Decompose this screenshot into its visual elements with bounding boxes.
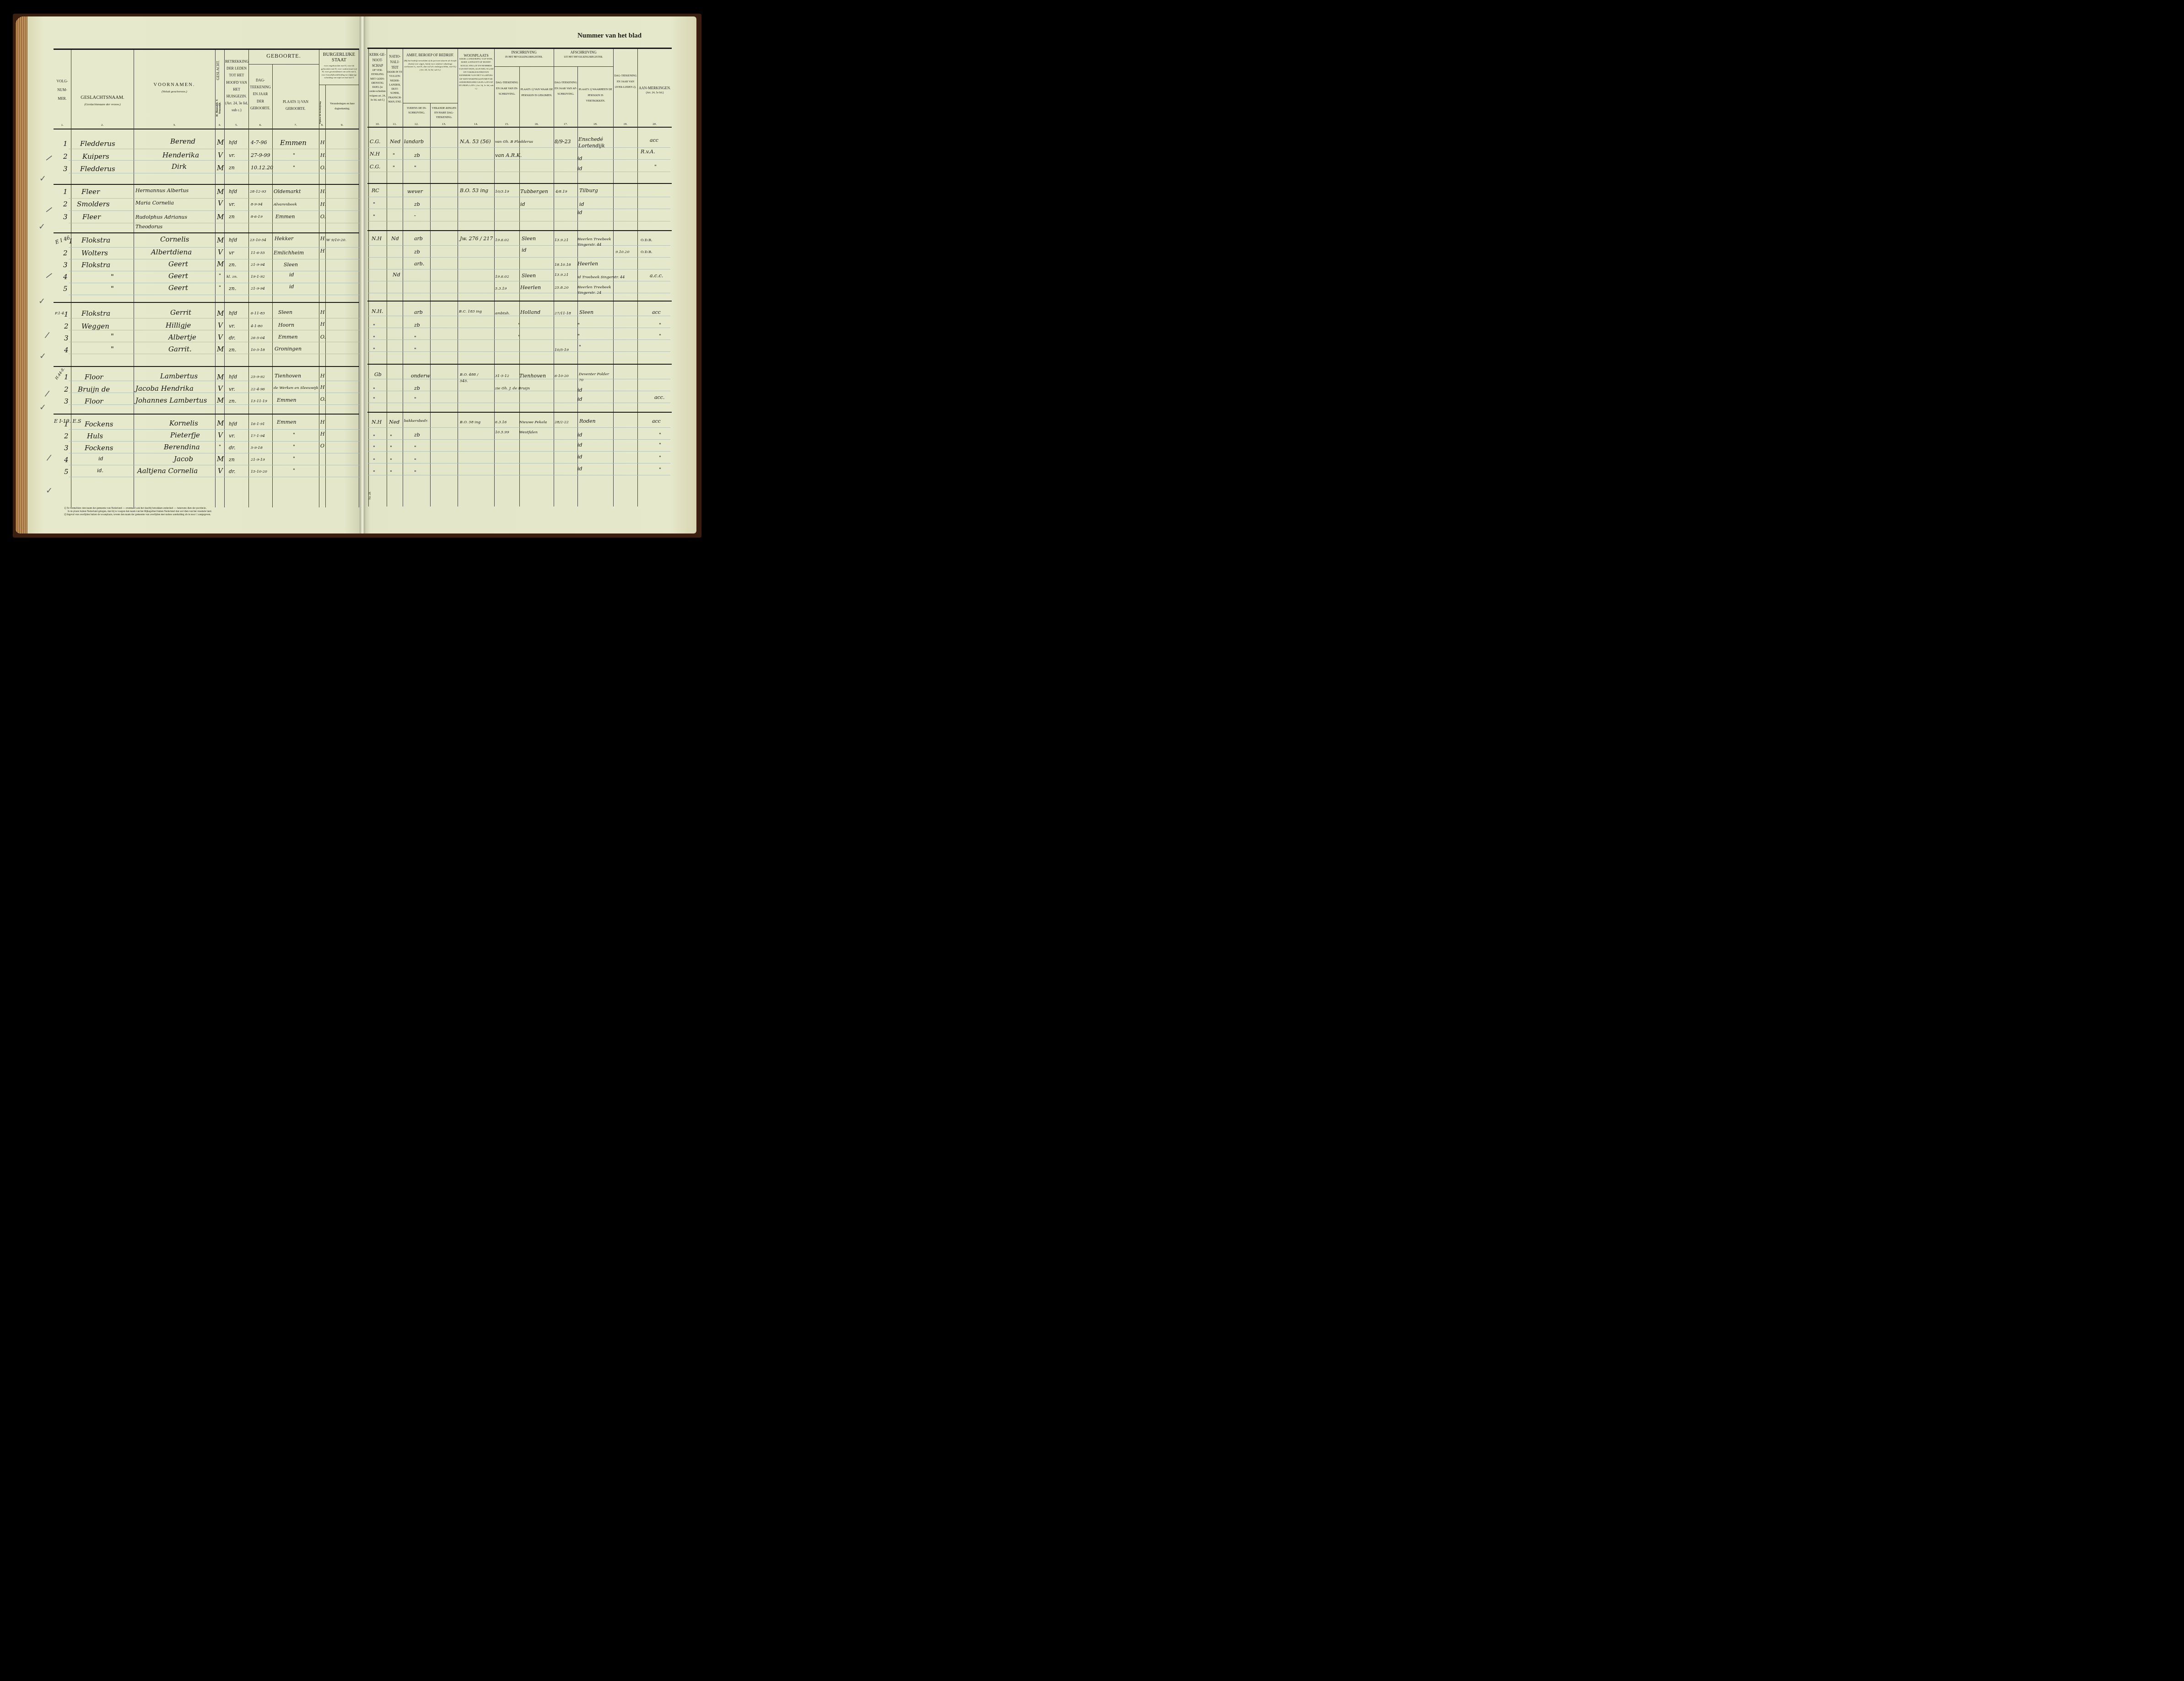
column-number: 8. [319, 123, 325, 127]
sex-cell: " [219, 273, 221, 279]
birthdate-cell: 8-9-94 [251, 202, 263, 206]
header-geslacht-sub: M. Mannelijk. V. Vrouwelijk. [216, 94, 223, 122]
firstname-cell: Geert [168, 272, 188, 280]
firstname-cell: Albertdiena [151, 248, 192, 256]
sex-cell: M [217, 345, 224, 353]
occupation-cell: zb [414, 249, 420, 255]
occupation-cell: zb [414, 385, 420, 391]
column-number: 4. [215, 123, 224, 127]
destination-cell: Heerlen Treebeek Singerstr. 24 [577, 285, 628, 296]
relation-cell: hfd [229, 310, 237, 316]
firstname-cell: Berendina [164, 443, 200, 451]
relation-cell: hfd [229, 374, 237, 380]
birthdate-cell: 21-9-94 [251, 286, 265, 291]
header-geboorte: GEBOORTE. [248, 53, 319, 59]
volg-cell: 3 [64, 397, 69, 405]
surname-cell: Floor [85, 373, 103, 381]
firstname-cell: Cornelis [160, 235, 189, 243]
occupation-cell: wever [407, 189, 423, 194]
civil-status-cell: H [320, 373, 325, 379]
relation-cell: vr. [229, 152, 235, 158]
surname-cell: Fledderus [80, 165, 115, 173]
volg-cell: 1 [63, 140, 68, 148]
firstname-cell: Kornelis [169, 419, 198, 427]
firstname-cell: Jacob [174, 455, 193, 463]
sex-cell: M [217, 455, 224, 463]
surname-cell: Fledderus [80, 140, 115, 148]
birthplace-cell: Emmen [275, 214, 295, 220]
sex-cell: " [219, 444, 221, 450]
col-line [224, 50, 225, 507]
surname-cell: Flokstra [81, 261, 110, 269]
pencil-checkmark-icon: ✓ [38, 222, 45, 232]
destination-cell: " [577, 322, 580, 328]
column-number: 6. [248, 123, 272, 127]
church-cell: " [373, 335, 375, 341]
occupation-cell: zb [414, 152, 420, 158]
destination-cell: Sleen [579, 309, 593, 315]
nationality-cell: Nd [391, 236, 399, 242]
sex-cell: M [217, 188, 224, 196]
destination-cell: Deventer Polder 70 [579, 372, 611, 383]
firstname-cell: Hilligje [166, 321, 191, 329]
destination-cell: Tilburg [579, 188, 598, 194]
remarks-cell: acc [650, 137, 658, 143]
volg-cell: 3 [63, 213, 68, 221]
remarks-cell: a.c.c. [650, 273, 663, 279]
firstname-cell: Hermannus Albertus [135, 188, 189, 194]
relation-cell: zn. [229, 286, 236, 291]
col-line [403, 49, 403, 506]
relation-cell: hfd [229, 237, 237, 243]
surname-cell: Fleer [81, 188, 100, 196]
relation-cell: dr. [229, 335, 236, 341]
destination-cell: id [577, 156, 582, 162]
civil-status-cell: H [320, 309, 325, 315]
surname-cell: Wolters [81, 249, 108, 257]
sex-cell: V [218, 333, 223, 341]
surname-cell: id. [97, 468, 103, 474]
column-number: 3. [134, 123, 215, 127]
destination-cell: " [579, 344, 581, 350]
col-line [637, 49, 638, 506]
column-number: 7. [272, 123, 319, 127]
firstname-cell: Gerrit [170, 308, 191, 317]
surname-cell: Floor [85, 397, 103, 405]
remarks-cell: acc [652, 418, 661, 424]
removal-date-cell: 13.9.21 [555, 273, 569, 277]
church-cell: Gb [374, 372, 382, 377]
relation-cell: zn [229, 457, 235, 463]
col-line [368, 49, 369, 506]
remarks-cell: acc. [654, 394, 664, 400]
birthplace-cell: Oldemarkt [274, 189, 301, 194]
enroll-date-cell: ambtsh. [495, 311, 510, 315]
column-number: 5. [224, 123, 248, 127]
column-number: 12. [403, 122, 430, 126]
surname-cell: Weggen [81, 322, 109, 330]
firstname-cell: Jacoba Hendrika [135, 384, 194, 393]
civil-status-cell: H [320, 384, 325, 390]
firstname-cell: Garrit. [168, 345, 192, 353]
nationality-cell: " [390, 458, 392, 463]
relation-cell: dr. [229, 445, 236, 451]
col-line [494, 49, 495, 506]
church-cell: " [373, 387, 375, 393]
civil-status-cell: O. [320, 165, 326, 171]
sex-cell: " [219, 285, 221, 291]
birthdate-cell: 10.12.20 [251, 165, 273, 171]
occupation-cell: arb [414, 309, 423, 315]
relation-cell: zn [229, 214, 235, 220]
volg-cell: 3 [63, 261, 68, 269]
surname-cell: id [98, 456, 103, 462]
sex-cell: M [217, 309, 224, 318]
occupation-cell: " [414, 458, 416, 463]
inschrijving-rule [494, 66, 554, 67]
sex-cell: M [217, 164, 224, 172]
pencil-checkmark-icon: ✓ [39, 174, 46, 183]
removal-date-cell: 27/11-18 [555, 311, 571, 315]
relation-cell: hfd [229, 140, 237, 145]
relation-cell: dr. [229, 469, 236, 474]
removal-date-cell: 10/5-19 [555, 348, 569, 352]
enroll-date-cell: 10.5.99 [495, 430, 509, 434]
occupation-cell: - [414, 213, 416, 219]
occupation-cell: " [414, 469, 416, 475]
volg-cell: 2 [64, 385, 69, 393]
firstname-cell: Maria Cornelia [135, 200, 174, 206]
volg-cell: 1 [64, 310, 69, 318]
relation-cell: hfd [229, 189, 237, 194]
birthdate-cell: 10-5-18 [251, 348, 265, 352]
civil-status-cell: H. [320, 152, 326, 158]
firstname-cell: Pieterfje [170, 431, 200, 439]
birthdate-cell: 21-9-19 [251, 458, 265, 462]
birthplace-cell: Emmen [280, 139, 307, 147]
column-number: 11. [387, 122, 403, 126]
nationality-cell: " [393, 165, 395, 171]
header-top-rule-left [54, 48, 359, 50]
firstname-cell: Geert [168, 284, 188, 292]
origin-cell: id [522, 247, 527, 253]
origin-cell: Nieuwe Pekela [519, 420, 547, 424]
col-line [215, 50, 216, 507]
birthplace-cell: Emmen [278, 334, 298, 340]
origin-cell: " [518, 334, 520, 340]
sex-cell: V [218, 467, 223, 475]
occupation-cell: " [414, 165, 416, 171]
residence-cell: B.O. 53 ing [460, 188, 488, 194]
destination-cell: id [577, 466, 582, 472]
volg-cell: 4 [64, 456, 69, 464]
header-burgerlijke-staat-sub: voor ongehuwden met O, voor de gehuwden … [320, 65, 358, 80]
birthplace-cell: Hekker [275, 236, 293, 242]
header-afschr-dag: DAG-TEEKENING EN JAAR VAN AF-SCHRIJVING. [555, 80, 577, 97]
birthdate-cell: 28-12-93 [250, 189, 266, 194]
birthdate-cell: 26-5-04 [251, 336, 265, 340]
relation-cell: vr. [229, 201, 235, 207]
volg-cell: 3 [63, 165, 68, 173]
burgerlijke-rule [319, 85, 359, 85]
birthdate-cell: 25-9-92 [251, 375, 265, 379]
sex-cell: M [217, 373, 224, 381]
remarks-cell: " [659, 333, 661, 339]
birthdate-cell: 13-11-19 [251, 399, 267, 403]
surname-cell: Flokstra [81, 236, 110, 244]
church-cell: " [373, 434, 375, 440]
header-afschrijving: AFSCHRIJVING UIT HET BEVOLKINGSREGISTER. [554, 50, 613, 59]
header-top-rule-right [367, 48, 672, 49]
birthplace-cell: Emmen [277, 397, 297, 403]
nationality-cell: " [390, 434, 392, 440]
sex-cell: V [218, 151, 223, 159]
column-number: 17. [554, 122, 577, 126]
church-cell: N.H [372, 419, 382, 425]
header-ambt-veranderingen: VERANDE-RINGEN EN HARE DAG-TEEKENING. [431, 106, 457, 120]
surname-cell: " [111, 345, 114, 353]
birthplace-cell: " [293, 152, 295, 158]
geboorte-rule [248, 64, 319, 65]
church-cell: C.G. [370, 139, 380, 145]
margin-note: F.1-4. [55, 311, 65, 315]
nationality-cell: " [390, 445, 392, 451]
header-geslacht: GESLACHT. [216, 54, 223, 86]
volg-cell: 2 [63, 200, 68, 208]
remarks-cell: O.D.R. [641, 238, 653, 242]
surname-cell: Huls [87, 432, 103, 440]
residence-cell: B.C. 183 ing [459, 309, 482, 313]
remarks-cell: " [659, 467, 661, 473]
birthplace-cell: Sleen [284, 262, 298, 268]
church-cell: RC [372, 188, 379, 194]
firstname-cell: Aaltjena Cornelia [137, 467, 198, 475]
destination-cell: Heerlen Treebeek Singerstr. 44 [577, 237, 628, 248]
volg-cell: 5 [64, 468, 69, 476]
column-number: 10. [368, 122, 387, 126]
header-geboorte-dag: DAG-TEEKENING EN JAAR DER GEBOORTE. [249, 77, 271, 112]
sex-cell: M [217, 419, 224, 427]
relation-cell: zn [229, 165, 235, 171]
church-cell: " [373, 323, 375, 329]
civil-status-change-cell: W 9/10-20. [326, 238, 346, 242]
birthdate-cell: 6-11-83 [251, 311, 265, 315]
death-date-cell: 9.10.20 [615, 250, 630, 254]
civil-status-cell: H [320, 248, 325, 254]
destination-cell: id [577, 210, 582, 216]
relation-cell: vr. [229, 323, 235, 329]
column-number: 15. [494, 122, 519, 126]
civil-status-cell: H [320, 419, 325, 425]
header-inschrijving: INSCHRIJVING IN HET BEVOLKINGSREGISTER. [494, 50, 554, 59]
origin-cell: Heerlen [520, 285, 541, 291]
relation-cell: zn. [229, 347, 236, 353]
civil-status-cell: H. [320, 201, 326, 207]
church-cell: " [373, 201, 375, 207]
sex-cell: M [217, 236, 224, 244]
column-number: 18. [577, 122, 613, 126]
column-number: 1. [54, 123, 71, 127]
enroll-date-cell: 6.3.16 [495, 420, 507, 424]
occupation-cell: arb. [414, 261, 424, 267]
church-cell: C.G. [370, 164, 380, 170]
firstname-cell: Johannes Lambertus [135, 396, 207, 404]
header-ambt: AMBT, BEROEP OF BEDRIJF. (Bij het bedrij… [404, 53, 457, 72]
sex-cell: M [217, 213, 224, 221]
civil-status-cell: H [320, 140, 325, 145]
birthplace-cell: id [289, 284, 294, 290]
origin-cell: Westfalen [519, 430, 538, 434]
occupation-cell: zb [414, 432, 420, 438]
enroll-date-cell: 10/3.19 [495, 189, 509, 194]
surname-cell: Smolders [77, 200, 110, 208]
column-number: 9. [325, 123, 359, 127]
nationality-cell: Nd [393, 272, 400, 278]
civil-status-cell: H [320, 236, 325, 242]
removal-date-cell: 25.8.20 [555, 286, 569, 290]
occupation-cell: bakkersbedr. [404, 418, 429, 424]
col-line [325, 85, 326, 507]
volg-cell: 1 [63, 188, 68, 196]
surname-cell: Fockens [85, 420, 113, 428]
destination-cell: id [577, 454, 582, 460]
firstname-cell: Dirk [172, 162, 187, 171]
col-line [71, 50, 71, 507]
nationality-cell: Ned [389, 419, 399, 425]
afschrijving-rule [554, 66, 613, 67]
origin-cell: " [518, 322, 520, 328]
civil-status-cell: H [320, 431, 325, 437]
relation-cell: vr. [229, 433, 235, 439]
church-cell: N.H [372, 236, 382, 242]
origin-cell: zie Gh. J. de Bruijn [495, 386, 530, 390]
destination-cell: Roden [579, 418, 596, 424]
birthdate-cell: 11-6-55 [251, 251, 265, 255]
sheet-number-label: Nummer van het blad [577, 32, 642, 40]
birthplace-cell: " [293, 444, 295, 450]
household-separator [367, 364, 672, 365]
col-line [519, 66, 520, 506]
birthdate-cell: 16-1-91 [251, 422, 265, 426]
pencil-checkmark-icon: ✓ [46, 486, 53, 496]
household-separator [54, 414, 359, 415]
sex-cell: V [218, 431, 223, 439]
birthplace-cell: " [293, 468, 295, 474]
destination-cell: id [577, 387, 582, 393]
firstname-cell: Henderika [162, 151, 199, 159]
birthplace-cell: de Werken en Sleeuwijk [274, 385, 318, 391]
birthplace-cell: Sleen [278, 309, 292, 315]
surname-cell: Kuipers [82, 152, 109, 161]
household-separator [367, 183, 672, 184]
volg-cell: 3 [64, 334, 69, 342]
birthplace-cell: " [293, 456, 295, 462]
page-edges [16, 16, 27, 533]
origin-cell: Holland [520, 309, 540, 315]
header-nationaliteit: NATIO-NALI-TEIT DOOR IN TE VULLEN: NEDER… [387, 54, 403, 104]
removal-date-cell: 8/9-23 [555, 139, 571, 145]
birthplace-cell: " [293, 432, 295, 438]
birthdate-cell: 5-9-18 [251, 446, 263, 450]
enroll-date-cell: 19.6.02 [495, 275, 509, 279]
volg-cell: 4 [63, 273, 68, 281]
birthdate-cell: 4-1-80 [251, 324, 263, 328]
birthplace-cell: Emlichheim [274, 250, 304, 256]
enroll-date-cell: 5.3.19 [495, 286, 507, 291]
origin-cell: Tienhoven [519, 373, 546, 379]
civil-status-cell: H [320, 321, 325, 327]
remarks-cell: " [659, 442, 661, 448]
destination-cell: " [577, 333, 580, 339]
volg-cell: 1 [64, 373, 69, 381]
occupation-cell: " [414, 347, 416, 353]
remarks-cell: R.v.A. [641, 149, 655, 155]
sex-cell: M [217, 396, 224, 404]
relation-cell: vr. [229, 386, 235, 392]
header-voornamen: VOORNAMEN. (Voluit geschreven.) [135, 82, 214, 93]
relation-cell: hfd [229, 421, 237, 427]
volg-cell: 5 [63, 285, 68, 293]
removal-date-cell: 28/2-22 [555, 420, 569, 424]
church-cell: " [373, 347, 375, 353]
birthdate-cell: 23-10-54 [250, 238, 266, 242]
header-geslachtsnaam: GESLACHTSNAAM. (Geslachtsnaam der vrouw.… [72, 95, 133, 106]
household-separator [367, 412, 672, 413]
firstname-cell: Rudolphus Adrianus Theodorus [135, 213, 213, 232]
volg-cell: 1 [69, 237, 73, 245]
sex-cell: V [218, 321, 223, 329]
header-overlijden: DAG-TEEKENING EN JAAR VAN OVER-LIJDEN 2)… [614, 73, 637, 91]
header-kerkgenootschap: KERK-GE-NOOT-SCHAP OF VER-EENIGING MET G… [369, 52, 386, 102]
sex-cell: V [218, 248, 223, 256]
occupation-cell: " [414, 445, 416, 451]
header-bottom-rule-left [54, 129, 359, 129]
birthplace-cell: Tienhoven [275, 373, 301, 379]
nationality-cell: Ned [390, 139, 400, 145]
firstname-cell: Geert [168, 260, 188, 268]
relation-cell: vr [229, 250, 234, 256]
firstname-cell: Lambertus [160, 372, 198, 380]
church-cell: " [373, 469, 375, 475]
relation-cell: kl. zn. [226, 275, 237, 279]
header-volgnummer: VOLG-NUM-MER. [54, 79, 71, 101]
volg-cell: 2 [64, 322, 69, 330]
col-line [387, 49, 387, 506]
church-cell: " [373, 458, 375, 463]
volg-cell: 2 [63, 152, 68, 161]
firstname-cell: Berend [170, 137, 195, 145]
removal-date-cell: 4/8.19 [555, 189, 567, 194]
destination-cell: id [577, 166, 582, 172]
header-inschr-plaats: PLAATS 1) VAN WAAR DE PERSOON IS GEKOMEN… [520, 87, 553, 98]
column-number: 19. [613, 122, 637, 126]
sex-cell: M [217, 260, 224, 268]
destination-cell: id Treebeek Singerstr. 44 [577, 275, 628, 280]
nationality-cell: " [393, 152, 395, 158]
pencil-checkmark-icon: ✓ [39, 351, 46, 361]
header-geboorte-plaats: PLAATS 1) VAN GEBOORTE. [274, 98, 318, 112]
surname-cell: Flokstra [81, 309, 110, 318]
occupation-cell: zb [414, 201, 420, 207]
household-separator [54, 232, 359, 233]
civil-status-cell: H. [320, 189, 326, 194]
civil-status-cell: O. [320, 334, 326, 340]
destination-cell: id [577, 432, 582, 438]
column-number: 2. [71, 123, 134, 127]
origin-cell: van Gh. B Fledderus [495, 140, 533, 144]
destination-cell: Heerlen [577, 261, 598, 267]
column-number: 16. [519, 122, 554, 126]
